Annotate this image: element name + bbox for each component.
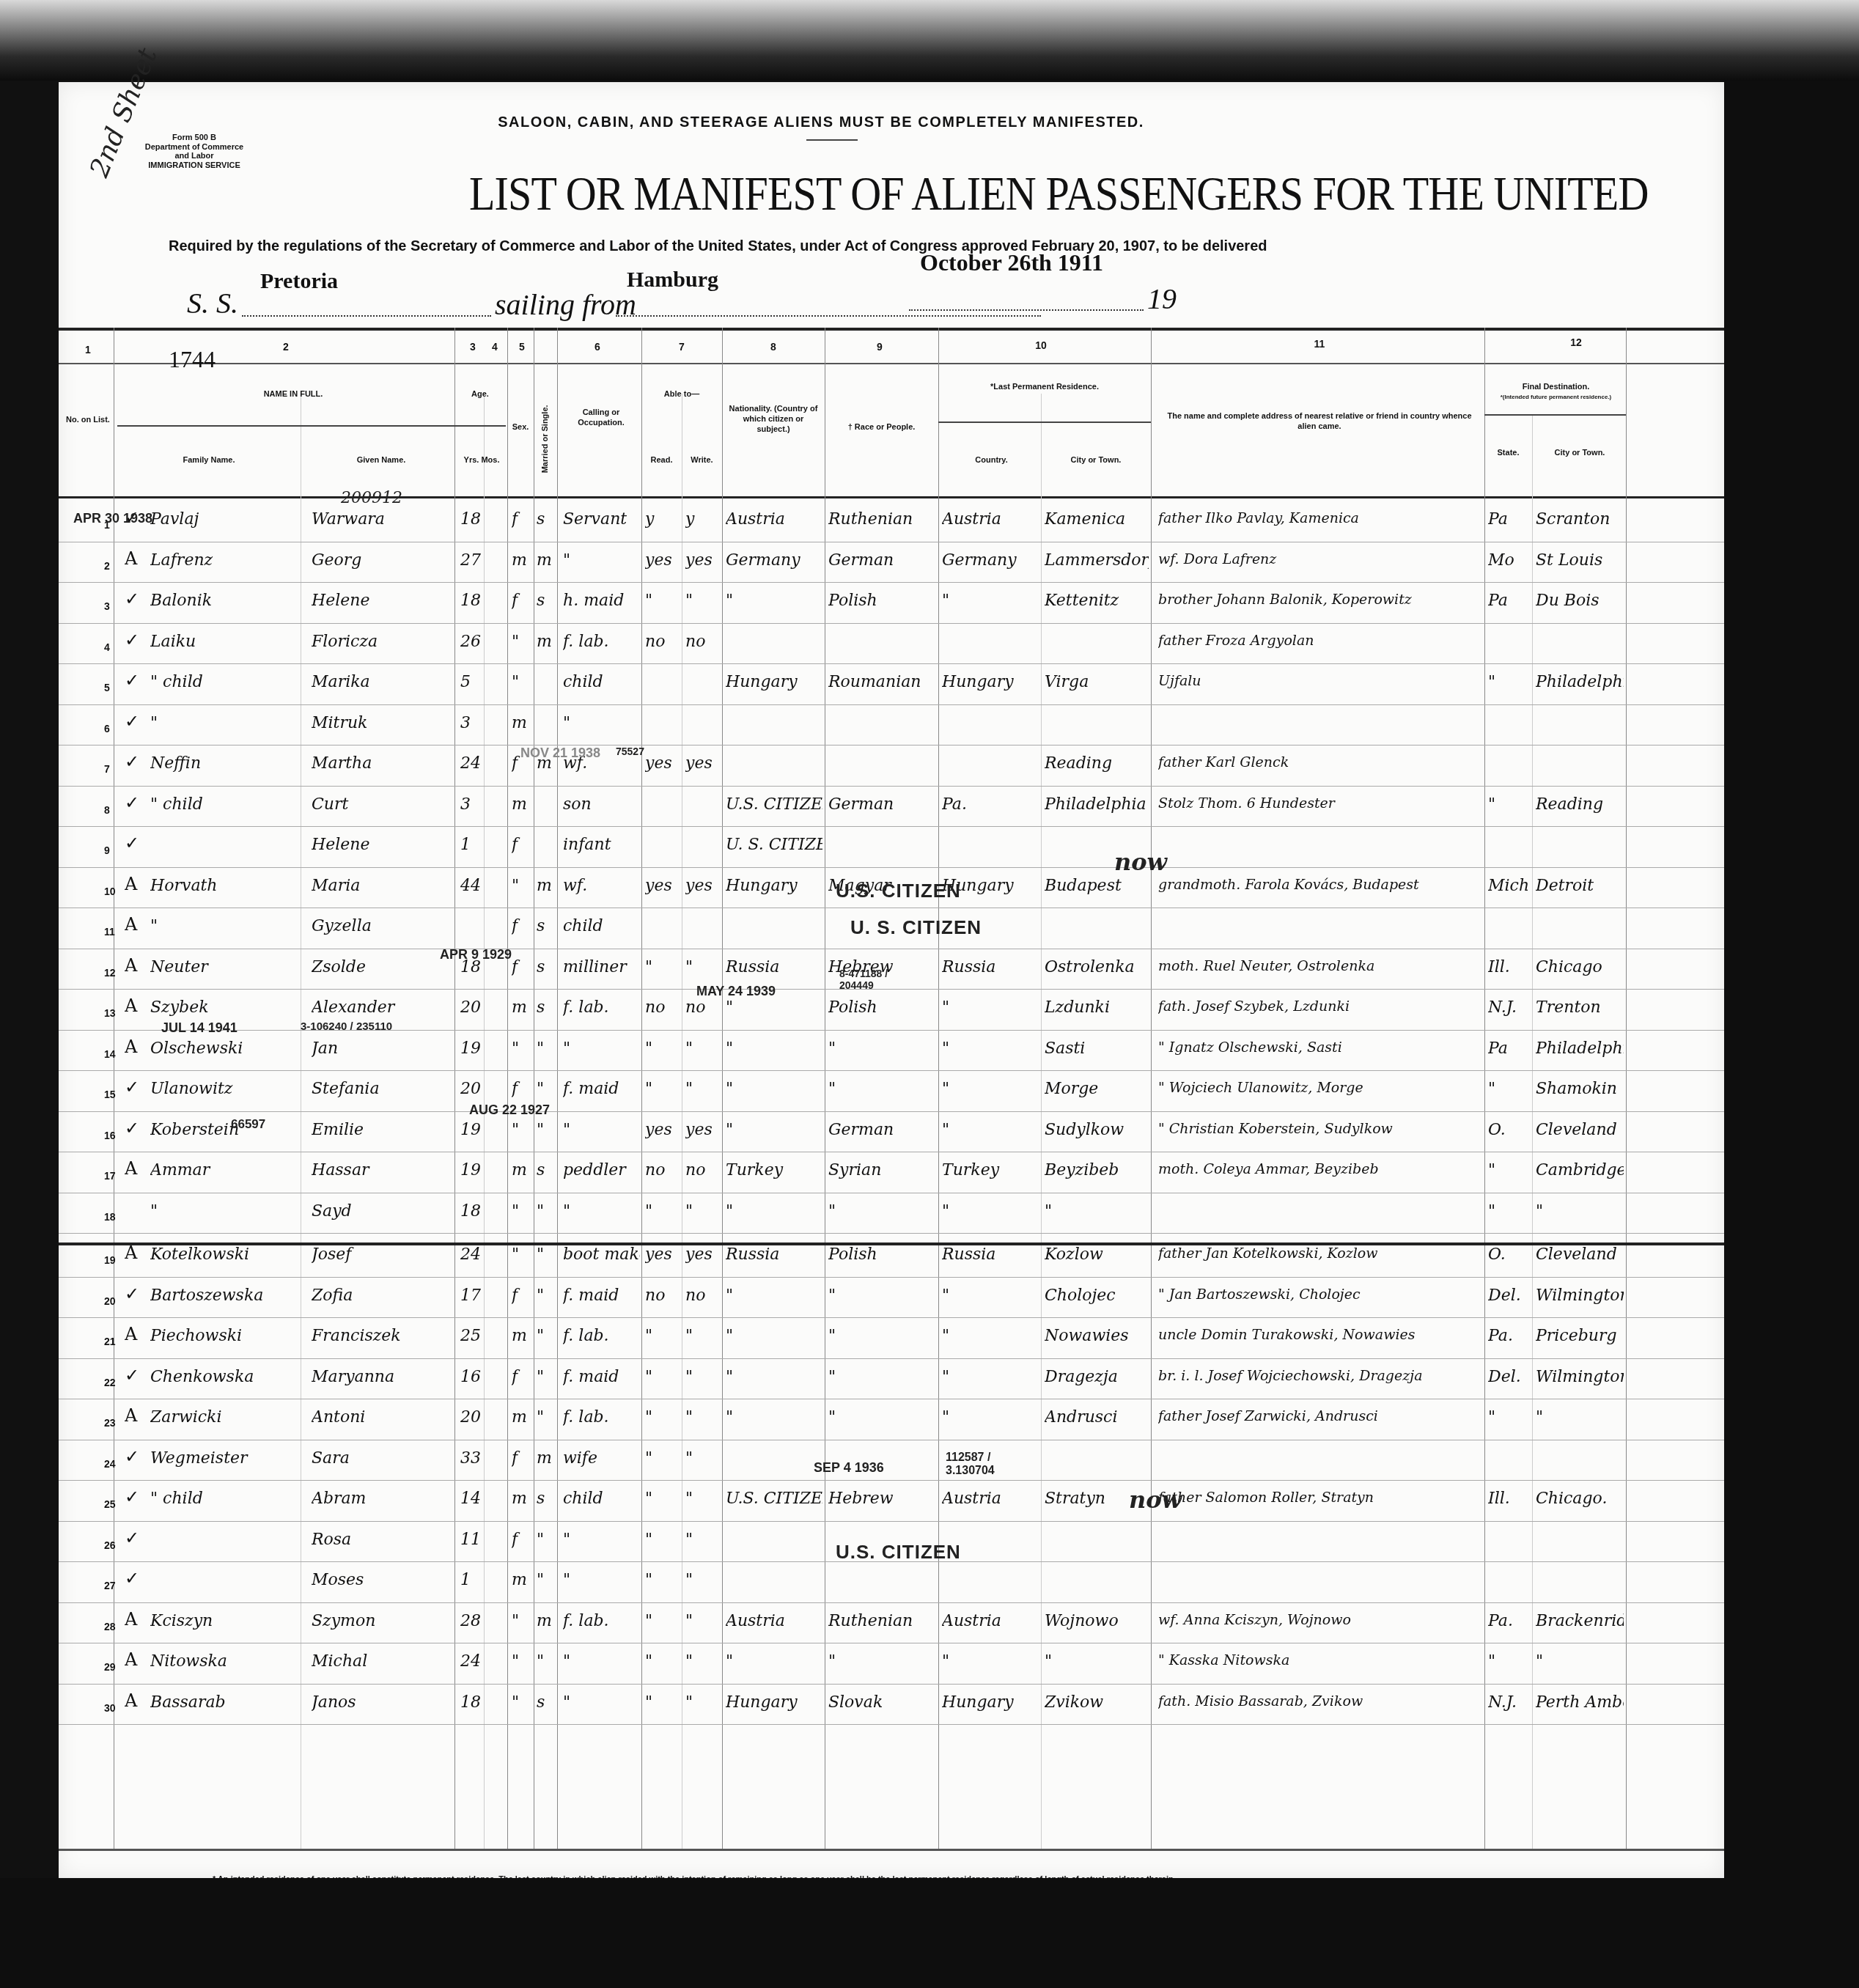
can-read: yes	[645, 754, 680, 773]
residence-city: Dragezja	[1045, 1368, 1149, 1386]
year-suffix: 19	[1147, 281, 1177, 316]
sex: f	[512, 592, 532, 610]
race: "	[828, 1652, 935, 1671]
inspection-mark: ✓	[125, 630, 147, 650]
occupation: "	[563, 1652, 640, 1671]
row-number: 3	[104, 600, 125, 612]
nationality: "	[726, 1039, 822, 1058]
family-name: Chenkowska	[150, 1368, 304, 1386]
row-number: 12	[104, 967, 125, 979]
row-number: 13	[104, 1007, 125, 1019]
residence-city: Budapest	[1045, 877, 1149, 895]
table-row: 30 A Bassarab Janos 18 " s " " " Hungary…	[59, 1685, 1724, 1723]
given-name: Marika	[312, 673, 451, 691]
table-bottom-rule	[59, 1849, 1724, 1851]
ship-name: Pretoria	[260, 269, 338, 294]
sex: f	[512, 1449, 532, 1468]
destination-city: Chicago.	[1536, 1490, 1624, 1508]
residence-city: Lzdunki	[1045, 998, 1149, 1017]
row-number: 14	[104, 1048, 125, 1060]
marital-status: s	[537, 510, 557, 529]
family-name: "	[150, 1202, 304, 1221]
can-write: yes	[685, 877, 721, 895]
header-dest-city: City or Town.	[1536, 449, 1624, 459]
occupation: f. maid	[563, 1286, 640, 1305]
header-no-on-list: No. on List.	[66, 416, 110, 426]
residence-country: "	[942, 1080, 1039, 1098]
race: "	[828, 1327, 935, 1345]
nationality: Germany	[726, 551, 822, 570]
table-row: 3 ✓ Balonik Helene 18 f s h. maid " " " …	[59, 583, 1724, 622]
can-read: no	[645, 633, 680, 651]
column-number: 5	[515, 341, 529, 353]
race: German	[828, 795, 935, 814]
ss-label: S. S.	[187, 286, 238, 320]
nearest-relative: father Salomon Roller, Stratyn	[1158, 1490, 1481, 1506]
race: "	[828, 1368, 935, 1386]
residence-city: Sudylkow	[1045, 1121, 1149, 1139]
sex: "	[512, 1039, 532, 1058]
ship-rule	[242, 315, 491, 317]
family-name: Zarwicki	[150, 1408, 304, 1426]
inspection-mark: A	[125, 955, 147, 976]
table-row: 8 ✓ " child Curt 3 m son U.S. CITIZEN Ge…	[59, 787, 1724, 825]
residence-country: "	[942, 1368, 1039, 1386]
given-name: Maria	[312, 877, 451, 895]
nearest-relative: father Josef Zarwicki, Andrusci	[1158, 1408, 1481, 1424]
column-number: 6	[583, 341, 612, 353]
marital-status: "	[537, 1245, 557, 1264]
destination-state: N.J.	[1488, 1693, 1531, 1712]
date-stamp: AUG 22 1927	[469, 1102, 550, 1118]
destination-city: Scranton	[1536, 510, 1624, 529]
family-name: Kciszyn	[150, 1612, 304, 1630]
header-bottom-rule	[59, 496, 1724, 498]
occupation: "	[563, 1693, 640, 1712]
column-number: 3	[465, 341, 480, 353]
destination-city: Cleveland	[1536, 1121, 1624, 1139]
destination-state: "	[1488, 673, 1531, 691]
sex: f	[512, 917, 532, 935]
nationality: "	[726, 1368, 822, 1386]
nearest-relative: wf. Anna Kciszyn, Wojnowo	[1158, 1612, 1481, 1628]
destination-city: Chicago	[1536, 958, 1624, 976]
can-write: "	[685, 1490, 721, 1508]
occupation: peddler	[563, 1161, 640, 1179]
column-number: 11	[1305, 338, 1334, 350]
can-read: "	[645, 1693, 680, 1712]
column-number: 8	[759, 341, 788, 353]
nearest-relative: father Jan Kotelkowski, Kozlow	[1158, 1245, 1481, 1262]
destination-city: Detroit	[1536, 877, 1624, 895]
destination-state: Pa	[1488, 592, 1531, 610]
family-name: Laiku	[150, 633, 304, 651]
occupation: h. maid	[563, 592, 640, 610]
can-read: "	[645, 1449, 680, 1468]
given-name: Warwara	[312, 510, 451, 529]
row-number: 9	[104, 844, 125, 856]
header-name-in-full: NAME IN FULL.	[205, 390, 381, 400]
given-name: Moses	[312, 1571, 451, 1589]
row-number: 4	[104, 641, 125, 653]
table-row: 2 A Lafrenz Georg 27 m m " yes yes Germa…	[59, 542, 1724, 581]
residence-country: Austria	[942, 510, 1039, 529]
race: Hebrew	[828, 1490, 935, 1508]
date-stamp: NOV 21 1938	[520, 745, 600, 761]
inspection-mark: ✓	[125, 1365, 147, 1385]
can-write: no	[685, 998, 721, 1017]
marital-status: m	[537, 877, 557, 895]
residence-city: Kamenica	[1045, 510, 1149, 529]
sex: "	[512, 1693, 532, 1712]
inspection-mark: ✓	[125, 792, 147, 813]
marital-status: "	[537, 1080, 557, 1098]
occupation: infant	[563, 836, 640, 854]
scan-border-top	[0, 0, 1859, 81]
file-number: 8-471188 / 204449	[839, 968, 920, 991]
sex: m	[512, 551, 532, 570]
inspection-mark: A	[125, 1158, 147, 1179]
occupation: "	[563, 1121, 640, 1139]
race: Polish	[828, 592, 935, 610]
nationality: "	[726, 998, 822, 1017]
table-row: 14 A Olschewski Jan 19 " " " " " " " " S…	[59, 1031, 1724, 1070]
row-number: 11	[104, 926, 125, 938]
residence-city: "	[1045, 1202, 1149, 1221]
residence-city: Virga	[1045, 673, 1149, 691]
can-read: no	[645, 998, 680, 1017]
residence-rule	[938, 421, 1151, 423]
inspection-mark: ✓	[125, 589, 147, 609]
age: 20	[460, 1080, 486, 1098]
nearest-relative: " Christian Koberstein, Sudylkow	[1158, 1121, 1481, 1137]
age: 20	[460, 1408, 486, 1426]
sailing-date: October 26th 1911	[920, 249, 1103, 276]
residence-country: Germany	[942, 551, 1039, 570]
race: Polish	[828, 998, 935, 1017]
can-write: no	[685, 633, 721, 651]
marital-status: "	[537, 1408, 557, 1426]
row-number: 10	[104, 886, 125, 897]
row-rule	[59, 1233, 1724, 1234]
port-rule	[616, 315, 1041, 317]
given-name: Josef	[312, 1245, 451, 1264]
destination-state: Pa.	[1488, 1327, 1531, 1345]
marital-status: s	[537, 1693, 557, 1712]
nationality: "	[726, 1202, 822, 1221]
header-read: Read.	[641, 456, 682, 466]
family-name: "	[150, 714, 304, 732]
nationality: "	[726, 1286, 822, 1305]
can-write: "	[685, 1531, 721, 1549]
file-number: 200912	[341, 489, 402, 507]
family-name: " child	[150, 673, 304, 691]
nationality: U. S. CITIZEN	[726, 836, 822, 854]
inspection-mark: ✓	[125, 1077, 147, 1097]
nationality: "	[726, 592, 822, 610]
can-read: yes	[645, 877, 680, 895]
date-stamp: JUL 14 1941	[161, 1020, 238, 1036]
inspection-mark: A	[125, 1324, 147, 1344]
sex: m	[512, 1408, 532, 1426]
age: 17	[460, 1286, 486, 1305]
row-number: 30	[104, 1702, 125, 1714]
table-row: 17 A Ammar Hassar 19 m s peddler no no T…	[59, 1152, 1724, 1191]
nationality: "	[726, 1121, 822, 1139]
can-write: "	[685, 1039, 721, 1058]
given-name: Mitruk	[312, 714, 451, 732]
age: 33	[460, 1449, 486, 1468]
given-name: Emilie	[312, 1121, 451, 1139]
inspection-mark: A	[125, 995, 147, 1016]
can-write: yes	[685, 754, 721, 773]
family-name: Lafrenz	[150, 551, 304, 570]
destination-city: St Louis	[1536, 551, 1624, 570]
marital-status: s	[537, 592, 557, 610]
destination-state: Del.	[1488, 1286, 1531, 1305]
age: 3	[460, 714, 486, 732]
nationality: Russia	[726, 1245, 822, 1264]
inspection-mark: ✓	[125, 1118, 147, 1138]
marital-status: "	[537, 1202, 557, 1221]
destination-city: Wilmington	[1536, 1286, 1624, 1305]
row-number: 27	[104, 1580, 125, 1591]
inspection-mark: ✓	[125, 833, 147, 853]
nationality: "	[726, 1652, 822, 1671]
can-write: "	[685, 1449, 721, 1468]
header-write: Write.	[682, 456, 722, 466]
residence-city: Kettenitz	[1045, 592, 1149, 610]
residence-city: Nowawies	[1045, 1327, 1149, 1345]
row-number: 2	[104, 560, 125, 572]
destination-city: Du Bois	[1536, 592, 1624, 610]
race: "	[828, 1408, 935, 1426]
nationality: "	[726, 1408, 822, 1426]
inspection-mark: A	[125, 874, 147, 894]
destination-city: Trenton	[1536, 998, 1624, 1017]
residence-city: Philadelphia	[1045, 795, 1149, 814]
given-name: Curt	[312, 795, 451, 814]
sex: m	[512, 714, 532, 732]
given-name: Stefania	[312, 1080, 451, 1098]
residence-city: Beyzibeb	[1045, 1161, 1149, 1179]
nationality: "	[726, 1080, 822, 1098]
nearest-relative: father Ilko Pavlay, Kamenica	[1158, 510, 1481, 526]
inspection-mark: A	[125, 1037, 147, 1057]
destination-city: Cambridge	[1536, 1161, 1624, 1179]
table-row: 7 ✓ Neffin Martha 24 f m wf. yes yes Rea…	[59, 745, 1724, 784]
citizen-stamp: U.S. CITIZEN	[836, 880, 961, 902]
given-name: Michal	[312, 1652, 451, 1671]
occupation: wf.	[563, 877, 640, 895]
manifest-number: 1744	[169, 346, 216, 373]
age: 26	[460, 633, 486, 651]
sex: m	[512, 795, 532, 814]
marital-status: "	[537, 1121, 557, 1139]
nationality: Hungary	[726, 673, 822, 691]
destination-city: Reading	[1536, 795, 1624, 814]
occupation: f. lab.	[563, 633, 640, 651]
residence-city: Reading	[1045, 754, 1149, 773]
nationality: "	[726, 1327, 822, 1345]
inspection-mark: ✓	[125, 711, 147, 732]
can-read: "	[645, 1327, 680, 1345]
form-number: Form 500 B	[143, 133, 246, 143]
can-read: "	[645, 1368, 680, 1386]
age: 24	[460, 754, 486, 773]
date-stamp: APR 30 1938	[73, 511, 152, 526]
residence-city: Wojnowo	[1045, 1612, 1149, 1630]
given-name: Maryanna	[312, 1368, 451, 1386]
marital-status: "	[537, 1571, 557, 1589]
can-read: "	[645, 592, 680, 610]
residence-city: Andrusci	[1045, 1408, 1149, 1426]
table-row: 24 ✓ Wegmeister Sara 33 f m wife " "	[59, 1440, 1724, 1479]
sex: m	[512, 1490, 532, 1508]
residence-country: Hungary	[942, 673, 1039, 691]
age: 25	[460, 1327, 486, 1345]
inspection-mark: A	[125, 1242, 147, 1263]
given-name: Floricza	[312, 633, 451, 651]
passenger-rows: 1 ✓ Pavlaj Warwara 18 f s Servant y y Au…	[59, 501, 1724, 1814]
family-name: Szybek	[150, 998, 304, 1017]
table-row: 29 A Nitowska Michal 24 " " " " " " " " …	[59, 1643, 1724, 1682]
occupation: child	[563, 1490, 640, 1508]
nearest-relative: moth. Ruel Neuter, Ostrolenka	[1158, 958, 1481, 974]
occupation: f. maid	[563, 1080, 640, 1098]
row-number: 24	[104, 1458, 125, 1470]
header-state: State.	[1488, 449, 1528, 459]
family-name: Neuter	[150, 958, 304, 976]
annotation-now: now	[1114, 848, 1167, 876]
destination-state: "	[1488, 795, 1531, 814]
nationality: Turkey	[726, 1161, 822, 1179]
marital-status: m	[537, 551, 557, 570]
given-name: Helene	[312, 592, 451, 610]
given-name: Sayd	[312, 1202, 451, 1221]
can-read: "	[645, 1571, 680, 1589]
departure-port: Hamburg	[627, 268, 718, 292]
row-number: 7	[104, 763, 125, 775]
header-given-name: Given Name.	[315, 456, 447, 466]
header-final-destination: Final Destination.	[1488, 383, 1624, 393]
destination-state: "	[1488, 1408, 1531, 1426]
manifest-sheet: Form 500 B Department of Commerce and La…	[59, 82, 1724, 1878]
nearest-relative: grandmoth. Farola Kovács, Budapest	[1158, 877, 1481, 893]
document-title: LIST OR MANIFEST OF ALIEN PASSENGERS FOR…	[469, 166, 1648, 222]
inspection-mark: ✓	[125, 1284, 147, 1304]
nearest-relative: moth. Coleya Ammar, Beyzibeb	[1158, 1161, 1481, 1177]
residence-country: Pa.	[942, 795, 1039, 814]
table-row: 5 ✓ " child Marika 5 " child Hungary Rou…	[59, 664, 1724, 703]
sex: m	[512, 1161, 532, 1179]
family-name: Kotelkowski	[150, 1245, 304, 1264]
form-identifier: Form 500 B Department of Commerce and La…	[143, 133, 246, 171]
given-name: Georg	[312, 551, 451, 570]
given-name: Franciszek	[312, 1327, 451, 1345]
voyage-line: S. S. Pretoria sailing from Hamburg Octo…	[187, 265, 1726, 324]
nearest-relative: uncle Domin Turakowski, Nowawies	[1158, 1327, 1481, 1343]
occupation: "	[563, 1531, 640, 1549]
date-stamp: APR 9 1929	[440, 947, 512, 962]
given-name: Jan	[312, 1039, 451, 1058]
destination-state: Pa	[1488, 1039, 1531, 1058]
nearest-relative: fath. Josef Szybek, Lzdunki	[1158, 998, 1481, 1015]
sex: m	[512, 1327, 532, 1345]
race: Ruthenian	[828, 510, 935, 529]
destination-state: Pa.	[1488, 1612, 1531, 1630]
race: "	[828, 1202, 935, 1221]
table-row: 1 ✓ Pavlaj Warwara 18 f s Servant y y Au…	[59, 501, 1724, 540]
row-number: 25	[104, 1498, 125, 1510]
given-name: Antoni	[312, 1408, 451, 1426]
row-number: 17	[104, 1170, 125, 1182]
nearest-relative: father Karl Glenck	[1158, 754, 1481, 770]
marital-status: "	[537, 1652, 557, 1671]
table-row: 15 ✓ Ulanowitz Stefania 20 f " f. maid "…	[59, 1071, 1724, 1110]
row-number: 8	[104, 804, 125, 816]
row-number: 23	[104, 1417, 125, 1429]
residence-city: Morge	[1045, 1080, 1149, 1098]
occupation: child	[563, 673, 640, 691]
table-row: 20 ✓ Bartoszewska Zofia 17 f " f. maid n…	[59, 1278, 1724, 1317]
age: 1	[460, 1571, 486, 1589]
can-write: "	[685, 1327, 721, 1345]
family-name: Bartoszewska	[150, 1286, 304, 1305]
age: 18	[460, 592, 486, 610]
inspection-mark: ✓	[125, 751, 147, 772]
nationality: Austria	[726, 1612, 822, 1630]
row-number: 19	[104, 1254, 125, 1266]
can-write: "	[685, 1693, 721, 1712]
inspection-mark: ✓	[125, 1487, 147, 1507]
age: 20	[460, 998, 486, 1017]
manifest-warning: SALOON, CABIN, AND STEERAGE ALIENS MUST …	[271, 114, 1371, 131]
age: 27	[460, 551, 486, 570]
can-read: "	[645, 1408, 680, 1426]
nationality: U.S. CITIZEN	[726, 1490, 822, 1508]
sex: f	[512, 958, 532, 976]
marital-status: m	[537, 633, 557, 651]
given-name: Szymon	[312, 1612, 451, 1630]
can-write: "	[685, 1080, 721, 1098]
destination-state: Del.	[1488, 1368, 1531, 1386]
row-number: 26	[104, 1539, 125, 1551]
sex: "	[512, 1652, 532, 1671]
inspection-mark: A	[125, 548, 147, 569]
occupation: "	[563, 551, 640, 570]
occupation: "	[563, 714, 640, 732]
residence-country: Hungary	[942, 1693, 1039, 1712]
can-read: yes	[645, 1245, 680, 1264]
header-sex: Sex.	[507, 423, 534, 433]
column-number: 10	[1026, 339, 1056, 351]
divider	[806, 139, 858, 141]
can-read: "	[645, 1612, 680, 1630]
family-name: Piechowski	[150, 1327, 304, 1345]
citizen-stamp: U. S. CITIZEN	[850, 916, 982, 939]
residence-city: Zvikow	[1045, 1693, 1149, 1712]
destination-state: Ill.	[1488, 1490, 1531, 1508]
can-read: no	[645, 1161, 680, 1179]
residence-country: "	[942, 1202, 1039, 1221]
column-number: 4	[487, 341, 502, 353]
family-name: Balonik	[150, 592, 304, 610]
age: 44	[460, 877, 486, 895]
age: 16	[460, 1368, 486, 1386]
nationality: U.S. CITIZEN	[726, 795, 822, 814]
race: Polish	[828, 1245, 935, 1264]
